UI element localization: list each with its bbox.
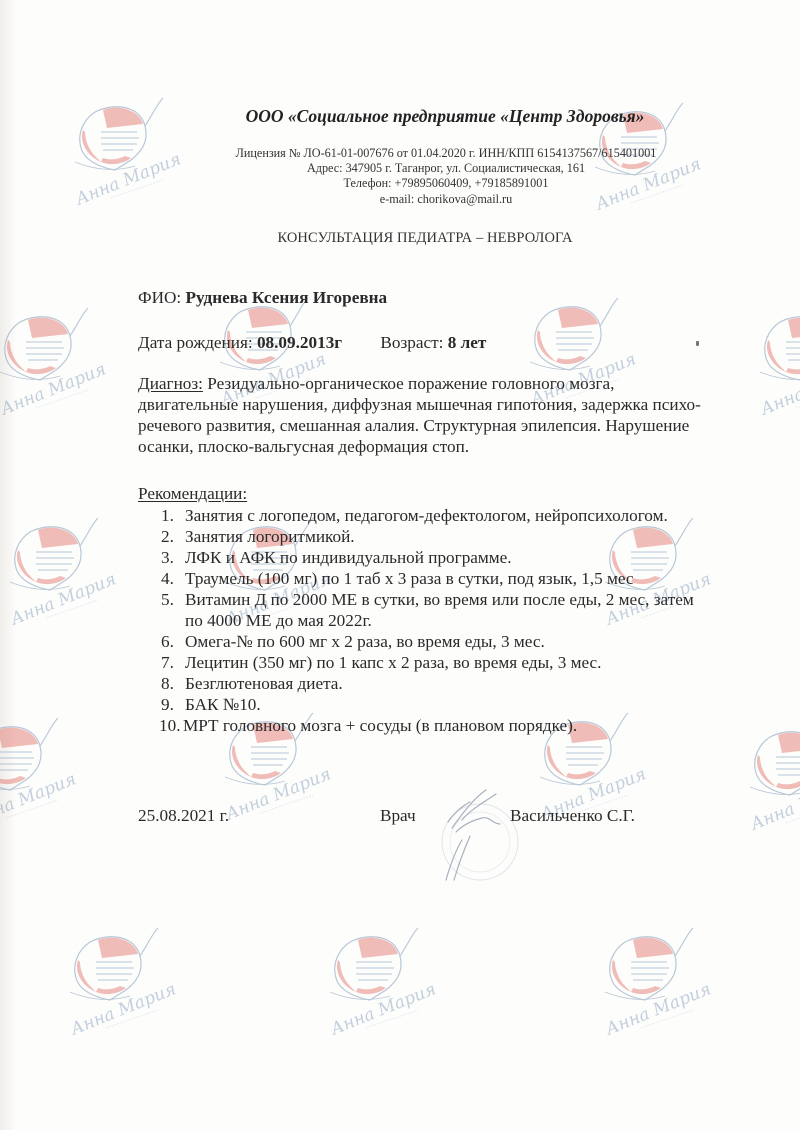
dob-value: 08.09.2013г	[257, 333, 342, 352]
patient-dob-age: Дата рождения: 08.09.2013г Возраст: 8 ле…	[138, 332, 486, 353]
item-text: ЛФК и АФК по индивидуальной программе.	[185, 547, 512, 568]
address-line: Адрес: 347905 г. Таганрог, ул. Социалист…	[92, 161, 800, 176]
patient-fio: ФИО: Руднева Ксения Игоревна	[138, 287, 387, 308]
organization-name: ООО «Социальное предприятие «Центр Здоро…	[0, 106, 800, 127]
item-number: 5.	[161, 589, 185, 631]
item-number: 6.	[161, 631, 185, 652]
list-item: 1.Занятия с логопедом, педагогом-дефекто…	[161, 505, 761, 526]
item-text: Лецитин (350 мг) по 1 капс х 2 раза, во …	[185, 652, 601, 673]
diagnosis-label: Диагноз:	[138, 374, 203, 393]
item-text: МРТ головного мозга + сосуды (в плановом…	[183, 715, 577, 736]
item-number: 2.	[161, 526, 185, 547]
diagnosis-line: речевого развития, смешанная алалия. Стр…	[138, 415, 778, 436]
email-line: e-mail: chorikova@mail.ru	[92, 192, 800, 207]
item-number: 4.	[161, 568, 185, 589]
signature-stamp	[400, 780, 550, 890]
list-item: 6.Омега-№ по 600 мг х 2 раза, во время е…	[161, 631, 761, 652]
organization-details: Лицензия № ЛО-61-01-007676 от 01.04.2020…	[0, 146, 800, 207]
item-text: Витамин Д по 2000 МЕ в сутки, во время и…	[185, 589, 694, 631]
item-number: 3.	[161, 547, 185, 568]
license-line: Лицензия № ЛО-61-01-007676 от 01.04.2020…	[92, 146, 800, 161]
document-title: КОНСУЛЬТАЦИЯ ПЕДИАТРА – НЕВРОЛОГА	[0, 230, 800, 247]
age: Возраст: 8 лет	[380, 333, 486, 352]
list-item: 7.Лецитин (350 мг) по 1 капс х 2 раза, в…	[161, 652, 761, 673]
list-item: 9.БАК №10.	[161, 694, 761, 715]
recommendations-list: 1.Занятия с логопедом, педагогом-дефекто…	[161, 505, 761, 736]
issue-date: 25.08.2021 г.	[138, 805, 229, 826]
recommendations-label: Рекомендации:	[138, 484, 247, 503]
doctor-name: Васильченко С.Г.	[510, 805, 635, 826]
list-item: 10.МРТ головного мозга + сосуды (в плано…	[159, 715, 761, 736]
diagnosis-line: двигательные нарушения, диффузная мышечн…	[138, 394, 778, 415]
item-text: Занятия логоритмикой.	[185, 526, 355, 547]
diagnosis-line: Резидуально-органическое поражение голов…	[207, 374, 614, 393]
list-item: 8.Безглютеновая диета.	[161, 673, 761, 694]
item-text: Безглютеновая диета.	[185, 673, 343, 694]
diagnosis-section: Диагноз: Резидуально-органическое пораже…	[138, 373, 778, 457]
item-number: 8.	[161, 673, 185, 694]
item-text: Траумель (100 мг) по 1 таб х 3 раза в су…	[185, 568, 634, 589]
age-value: 8 лет	[448, 333, 487, 352]
list-item: 3.ЛФК и АФК по индивидуальной программе.	[161, 547, 761, 568]
scan-mark	[696, 341, 699, 346]
fio-value: Руднева Ксения Игоревна	[185, 288, 387, 307]
document-page: ООО «Социальное предприятие «Центр Здоро…	[0, 0, 800, 1130]
item-number: 7.	[161, 652, 185, 673]
item-text-line: Витамин Д по 2000 МЕ в сутки, во время и…	[185, 590, 694, 609]
fio-label: ФИО:	[138, 288, 181, 307]
list-item: 5.Витамин Д по 2000 МЕ в сутки, во время…	[161, 589, 761, 631]
item-number: 1.	[161, 505, 185, 526]
dob-label: Дата рождения:	[138, 333, 253, 352]
signature-icon	[400, 780, 550, 890]
item-text: Омега-№ по 600 мг х 2 раза, во время еды…	[185, 631, 545, 652]
recommendations-header: Рекомендации:	[138, 483, 247, 504]
item-number: 9.	[161, 694, 185, 715]
diagnosis-line: осанки, плоско-вальгусная деформация сто…	[138, 436, 778, 457]
item-text-line: по 4000 МЕ до мая 2022г.	[185, 611, 372, 630]
list-item: 2.Занятия логоритмикой.	[161, 526, 761, 547]
phone-line: Телефон: +79895060409, +79185891001	[92, 176, 800, 191]
item-text: БАК №10.	[185, 694, 261, 715]
item-number: 10.	[159, 715, 183, 736]
item-text: Занятия с логопедом, педагогом-дефектоло…	[185, 505, 668, 526]
age-label: Возраст:	[380, 333, 443, 352]
list-item: 4.Траумель (100 мг) по 1 таб х 3 раза в …	[161, 568, 761, 589]
